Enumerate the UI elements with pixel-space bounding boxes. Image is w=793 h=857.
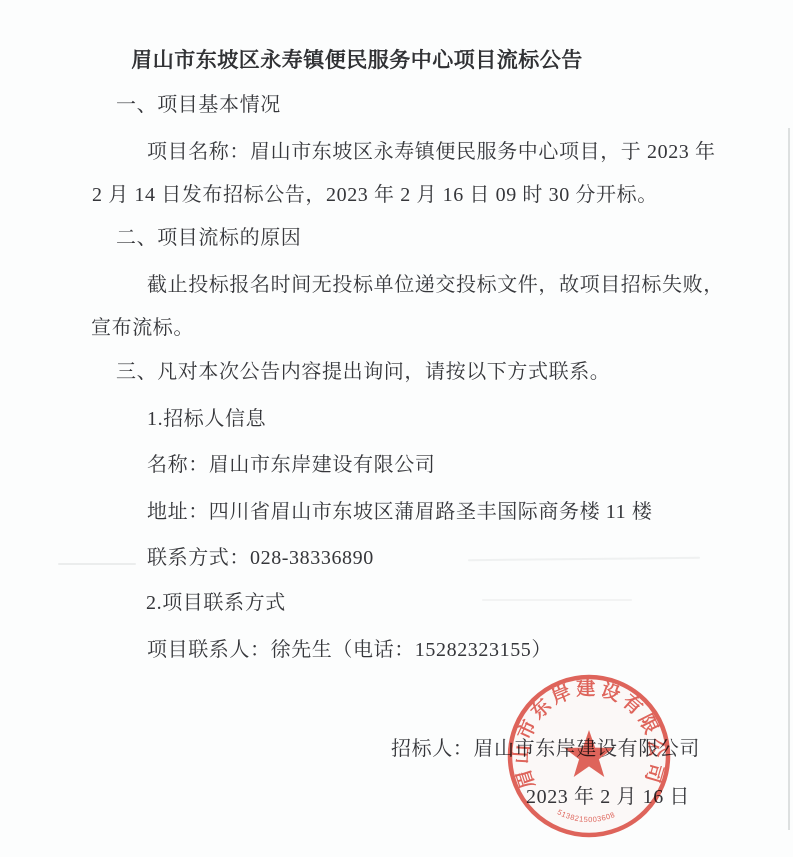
page-title: 眉山市东坡区永寿镇便民服务中心项目流标公告 [0,44,714,74]
section-1-heading: 一、项目基本情况 [116,92,281,118]
section-3-heading: 三、凡对本次公告内容提出询问，请按以下方式联系。 [116,359,610,385]
scan-artifact [468,557,700,561]
project-contact-heading: 2.项目联系方式 [146,590,286,616]
bidder-contact-phone: 联系方式：028-38336890 [147,545,374,571]
section-2-paragraph-line-2: 宣布流标。 [91,315,194,341]
bidder-info-heading: 1.招标人信息 [147,406,266,432]
company-seal-stamp: 眉山市东岸建设有限公司 5138215003608 [504,671,674,841]
bidder-name: 名称：眉山市东岸建设有限公司 [147,452,435,478]
scan-artifact [58,563,136,565]
section-2-paragraph-line-1: 截止投标报名时间无投标单位递交投标文件，故项目招标失败， [147,272,724,298]
scan-artifact [482,599,632,601]
project-contact-person: 项目联系人：徐先生（电话：15282323155） [147,637,552,663]
bidder-address: 地址：四川省眉山市东坡区蒲眉路圣丰国际商务楼 11 楼 [147,499,652,525]
section-2-heading: 二、项目流标的原因 [116,225,301,251]
section-1-paragraph-line-1: 项目名称：眉山市东坡区永寿镇便民服务中心项目，于 2023 年 [147,139,716,165]
section-1-paragraph-line-2: 2 月 14 日发布招标公告，2023 年 2 月 16 日 09 时 30 分… [92,182,658,208]
document-page: 眉山市东坡区永寿镇便民服务中心项目流标公告 一、项目基本情况 项目名称：眉山市东… [0,0,793,857]
scan-page-edge-line [788,128,790,830]
